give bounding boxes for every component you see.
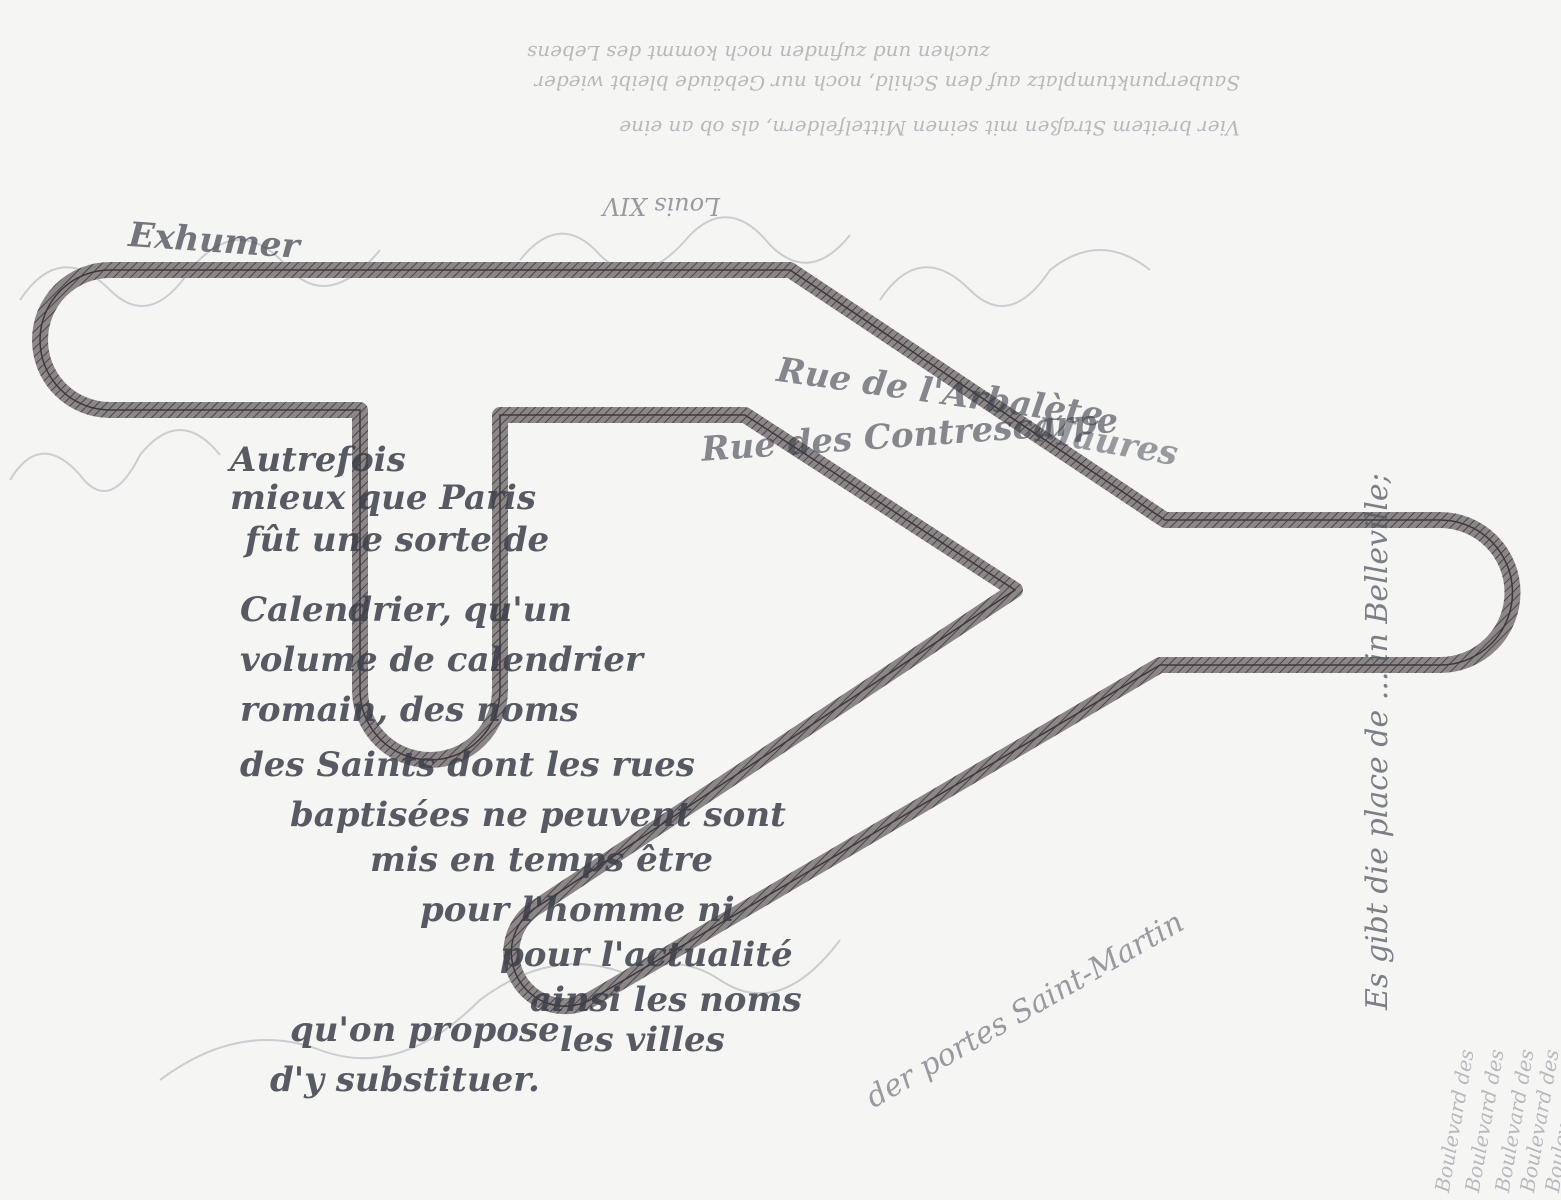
handwritten-line: qu'on propose (290, 1010, 560, 1050)
handwritten-line: mieux que Paris (230, 478, 536, 518)
handwritten-line: pour l'homme ni (420, 890, 735, 930)
handwritten-line: ainsi les noms (530, 980, 802, 1020)
handwritten-line: romain, des noms (240, 690, 579, 730)
handwritten-line: volume de calendrier (240, 640, 643, 680)
mirrored-text-line: Vier breitem Straßen mit seinen Mittelfe… (619, 116, 1240, 140)
arrow-outline-icon (0, 0, 1561, 1200)
handwritten-line: d'y substituer. (270, 1060, 540, 1100)
handwritten-line: les villes (560, 1020, 725, 1060)
vertical-handwritten-line: Es gibt die place de ... in Belleville; (1360, 473, 1395, 1010)
handwritten-line: baptisées ne peuvent sont (290, 795, 786, 835)
mirrored-text-line: zuchen und zufinden noch kommt des Leben… (527, 41, 990, 65)
handwritten-line: fût une sorte de (245, 520, 549, 560)
artwork-canvas: zuchen und zufinden noch kommt des Leben… (0, 0, 1561, 1200)
scattered-word: Louis XIV (603, 192, 720, 220)
handwritten-line: des Saints dont les rues (240, 745, 695, 785)
handwritten-line: Autrefois (230, 440, 406, 480)
mirrored-text-line: Sauberpunktumplatz auf den Schild, noch … (535, 71, 1241, 95)
handwritten-line: mis en temps être (370, 840, 713, 880)
handwritten-line: Calendrier, qu'un (240, 590, 572, 630)
handwritten-line: pour l'actualité (500, 935, 793, 975)
